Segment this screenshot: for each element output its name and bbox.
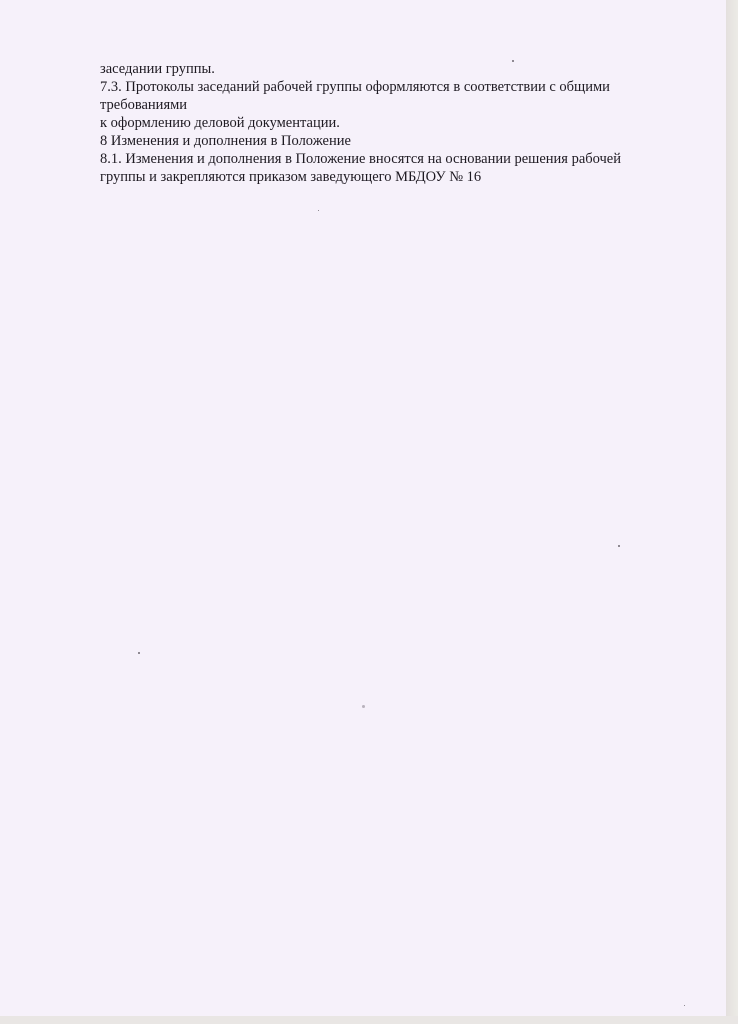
scan-speck xyxy=(138,652,140,654)
scan-speck xyxy=(318,210,319,211)
scan-speck xyxy=(512,60,514,62)
text-line-7-3-end: к оформлению деловой документации. xyxy=(100,114,660,132)
text-line-7-3-cont: требованиями xyxy=(100,96,660,114)
scan-edge-bottom xyxy=(0,1016,738,1024)
section-heading-8: 8 Изменения и дополнения в Положение xyxy=(100,132,660,150)
text-line-7-3: 7.3. Протоколы заседаний рабочей группы … xyxy=(100,78,660,96)
scan-speck xyxy=(684,1005,685,1006)
text-line-continuation: заседании группы. xyxy=(100,60,660,78)
scanned-page: заседании группы. 7.3. Протоколы заседан… xyxy=(0,0,726,1016)
scan-speck xyxy=(618,545,620,547)
scan-speck xyxy=(362,705,365,708)
scan-edge-right xyxy=(726,0,738,1024)
text-line-8-1: 8.1. Изменения и дополнения в Положение … xyxy=(100,150,660,168)
document-text: заседании группы. 7.3. Протоколы заседан… xyxy=(100,60,660,186)
text-line-8-1-end: группы и закрепляются приказом заведующе… xyxy=(100,168,660,186)
